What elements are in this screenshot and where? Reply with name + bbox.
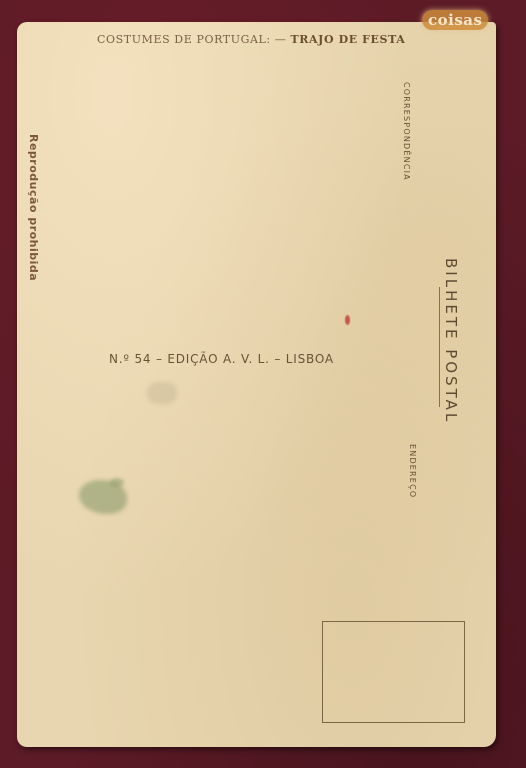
card-type-label: BILHETE POSTAL xyxy=(442,258,460,424)
stain xyxy=(345,315,350,325)
postcard-back: COSTUMES DE PORTUGAL: — TRAJO DE FESTA R… xyxy=(17,22,496,747)
edition-text: N.º 54 – EDIÇÃO A. V. L. – LISBOA xyxy=(109,352,334,366)
address-label: ENDEREÇO xyxy=(408,444,417,498)
watermark-logo: coisas xyxy=(422,10,488,30)
stain xyxy=(110,478,124,487)
divider-line xyxy=(439,287,440,407)
correspondence-label: CORRESPONDÊNCIA xyxy=(402,82,411,181)
postcard-title: COSTUMES DE PORTUGAL: — TRAJO DE FESTA xyxy=(97,33,405,46)
stain xyxy=(147,382,177,404)
title-prefix: COSTUMES DE PORTUGAL: — xyxy=(97,33,291,46)
reproduction-notice: Reprodução prohibida xyxy=(27,134,40,281)
title-emphasis: TRAJO DE FESTA xyxy=(291,33,406,46)
stamp-box xyxy=(322,621,465,723)
